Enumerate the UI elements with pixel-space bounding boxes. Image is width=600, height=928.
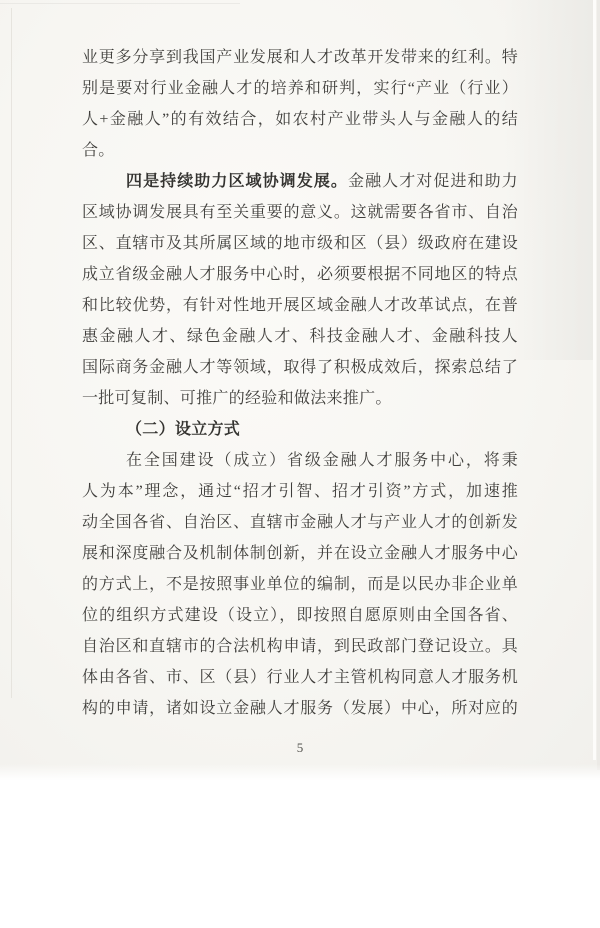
text-line-run: 的方式上，不是按照事业单位的编制，而是以民办非企业单	[82, 576, 518, 593]
text-line-run: 金融人才对促进和助力	[348, 173, 518, 190]
text-line: 别是要对行业金融人才的培养和研判，实行“产业（行业）	[82, 73, 518, 104]
text-line-run: 在全国建设（成立）省级金融人才服务中心，将秉承“以	[126, 452, 518, 476]
text-line-run: 合。	[82, 142, 115, 159]
text-line: 合。	[82, 135, 518, 166]
text-line: 惠金融人才、绿色金融人才、科技金融人才、金融科技人才、	[82, 321, 518, 352]
text-line-run: 一批可复制、可推广的经验和做法来推广。	[82, 390, 392, 407]
text-line: 的方式上，不是按照事业单位的编制，而是以民办非企业单	[82, 569, 518, 600]
text-line-run: 展和深度融合及机制体制创新，并在设立金融人才服务中心	[82, 545, 518, 562]
page-edge-right-streak	[593, 0, 596, 760]
text-line-bold-run: （二）设立方式	[126, 421, 240, 438]
text-line-run: 构的申请，诸如设立金融人才服务（发展）中心，所对应的	[82, 700, 518, 717]
text-line-run: 业更多分享到我国产业发展和人才改革开发带来的红利。特	[82, 49, 518, 66]
text-line-run: 动全国各省、自治区、直辖市金融人才与产业人才的创新发	[82, 514, 518, 531]
document-viewport: 业更多分享到我国产业发展和人才改革开发带来的红利。特别是要对行业金融人才的培养和…	[0, 0, 600, 928]
scanned-page: 业更多分享到我国产业发展和人才改革开发带来的红利。特别是要对行业金融人才的培养和…	[0, 0, 600, 780]
text-line: 成立省级金融人才服务中心时，必须要根据不同地区的特点	[82, 259, 518, 290]
text-line-run: 区、直辖市及其所属区域的地市级和区（县）级政府在建设	[82, 235, 518, 252]
text-line: 四是持续助力区域协调发展。金融人才对促进和助力	[82, 166, 518, 197]
text-line-run: 成立省级金融人才服务中心时，必须要根据不同地区的特点	[82, 266, 518, 283]
text-line-run: 人为本”理念，通过“招才引智、招才引资”方式，加速推	[82, 483, 518, 500]
text-line: 业更多分享到我国产业发展和人才改革开发带来的红利。特	[82, 42, 518, 73]
text-line-run: 惠金融人才、绿色金融人才、科技金融人才、金融科技人才、	[82, 328, 518, 352]
text-line-run: 和比较优势，有针对性地开展区域金融人才改革试点，在普	[82, 297, 518, 314]
text-line: 自治区和直辖市的合法机构申请，到民政部门登记设立。具	[82, 631, 518, 662]
text-line-run: 人+金融人”的有效结合，如农村产业带头人与金融人的结	[82, 111, 518, 128]
text-line: 体由各省、市、区（县）行业人才主管机构同意人才服务机	[82, 662, 518, 693]
text-line: 位的组织方式建设（设立），即按照自愿原则由全国各省、	[82, 600, 518, 631]
text-line-run: 体由各省、市、区（县）行业人才主管机构同意人才服务机	[82, 669, 518, 686]
text-line-run: 位的组织方式建设（设立），即按照自愿原则由全国各省、	[82, 607, 518, 624]
text-line-run: 别是要对行业金融人才的培养和研判，实行“产业（行业）	[82, 80, 518, 97]
page-text: 业更多分享到我国产业发展和人才改革开发带来的红利。特别是要对行业金融人才的培养和…	[82, 42, 518, 724]
text-line: 构的申请，诸如设立金融人才服务（发展）中心，所对应的	[82, 693, 518, 724]
text-line-run: 区域协调发展具有至关重要的意义。这就需要各省市、自治	[82, 204, 518, 221]
text-line-run: 国际商务金融人才等领域，取得了积极成效后，探索总结了	[82, 359, 518, 376]
text-line: 在全国建设（成立）省级金融人才服务中心，将秉承“以	[82, 445, 518, 476]
page-number: 5	[0, 740, 600, 756]
text-line: 和比较优势，有针对性地开展区域金融人才改革试点，在普	[82, 290, 518, 321]
text-line: 人+金融人”的有效结合，如农村产业带头人与金融人的结	[82, 104, 518, 135]
text-line: 动全国各省、自治区、直辖市金融人才与产业人才的创新发	[82, 507, 518, 538]
text-line: 区域协调发展具有至关重要的意义。这就需要各省市、自治	[82, 197, 518, 228]
page-edge-top	[0, 3, 240, 4]
page-edge-left	[11, 8, 12, 698]
text-line: 人为本”理念，通过“招才引智、招才引资”方式，加速推	[82, 476, 518, 507]
text-line: 展和深度融合及机制体制创新，并在设立金融人才服务中心	[82, 538, 518, 569]
text-line: 国际商务金融人才等领域，取得了积极成效后，探索总结了	[82, 352, 518, 383]
text-line-bold-run: 四是持续助力区域协调发展。	[126, 173, 348, 190]
text-line: 一批可复制、可推广的经验和做法来推广。	[82, 383, 518, 414]
text-line-run: 自治区和直辖市的合法机构申请，到民政部门登记设立。具	[82, 638, 518, 655]
text-line: （二）设立方式	[82, 414, 518, 445]
text-line: 区、直辖市及其所属区域的地市级和区（县）级政府在建设	[82, 228, 518, 259]
